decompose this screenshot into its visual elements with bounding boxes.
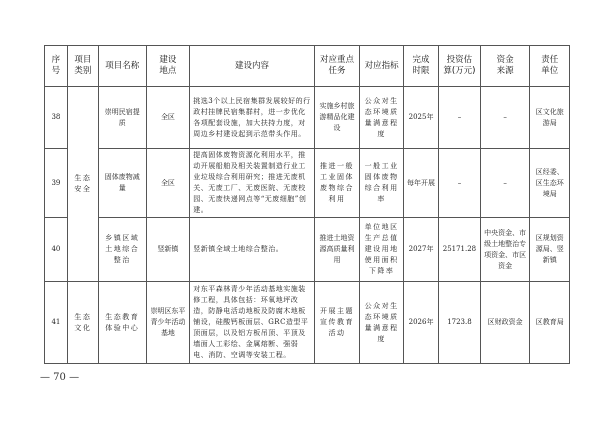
header-seq: 序 号 — [45, 46, 68, 87]
header-funding: 资金 来源 — [480, 46, 530, 87]
header-investment: 投资估 算(万元) — [439, 46, 481, 87]
table-row: 40 乡镇区域土地综合整治 竖新镇 竖新镇全域土地综合整治。 推进土地资源高质量… — [45, 218, 570, 282]
table-row: 38 生态安全 崇明民宿提质 全区 挑选3个以上民宿集群发展较好的行政村挂牌民宿… — [45, 87, 570, 149]
header-name: 项目名称 — [98, 46, 146, 87]
cell-responsible: 区经委、区生态环境局 — [530, 149, 570, 218]
header-task: 对应重点 任务 — [314, 46, 360, 87]
cell-task: 推进土地资源高质量利用 — [314, 218, 360, 282]
cell-indicator: 单位地区生产总值建设用地使用面积下降率 — [360, 218, 404, 282]
cell-content: 对东平森林青少年活动基地实施装修工程，具体包括：环氧地坪改造，防静电活动地板及防… — [190, 282, 315, 364]
cell-funding: 区财政资金 — [480, 282, 530, 364]
cell-location: 竖新镇 — [146, 218, 190, 282]
cell-task: 开展主题宣传教育活动 — [314, 282, 360, 364]
cell-indicator: 公众对生态环境质量满意程度 — [360, 87, 404, 149]
cell-funding: 中央资金、市级土地整治专项资金、市区资金 — [480, 218, 530, 282]
cell-seq: 39 — [45, 149, 68, 218]
cell-content: 提高固体废物资源化利用水平，推动开展船舶及相关装置制造行业工业垃圾综合利用研究；… — [190, 149, 315, 218]
table-header-row: 序 号 项目 类别 项目名称 建设 地点 建设内容 对应重点 任务 对应指标 完… — [45, 46, 570, 87]
cell-funding: – — [480, 87, 530, 149]
cell-content: 挑选3个以上民宿集群发展较好的行政村挂牌民宿集群村，进一步优化各项配套设施，加大… — [190, 87, 315, 149]
cell-funding: – — [480, 149, 530, 218]
header-content: 建设内容 — [190, 46, 315, 87]
cell-name: 乡镇区域土地综合整治 — [98, 218, 146, 282]
project-table: 序 号 项目 类别 项目名称 建设 地点 建设内容 对应重点 任务 对应指标 完… — [44, 45, 570, 364]
cell-investment: – — [439, 149, 481, 218]
cell-investment: 1723.8 — [439, 282, 481, 364]
cell-indicator: 一般工业固体废物综合利用率 — [360, 149, 404, 218]
header-responsible: 责任 单位 — [530, 46, 570, 87]
cell-responsible: 区教育局 — [530, 282, 570, 364]
page-number: — 70 — — [40, 372, 79, 383]
cell-seq: 40 — [45, 218, 68, 282]
cell-investment: – — [439, 87, 481, 149]
cell-seq: 41 — [45, 282, 68, 364]
cell-task: 实施乡村旅游精品化建设 — [314, 87, 360, 149]
cell-responsible: 区规划资源局、竖新镇 — [530, 218, 570, 282]
cell-location: 全区 — [146, 87, 190, 149]
cell-category: 生态安全 — [67, 87, 98, 282]
cell-location: 全区 — [146, 149, 190, 218]
header-indicator: 对应指标 — [360, 46, 404, 87]
cell-name: 崇明民宿提质 — [98, 87, 146, 149]
header-location: 建设 地点 — [146, 46, 190, 87]
table-row: 39 固体废物减量 全区 提高固体废物资源化利用水平，推动开展船舶及相关装置制造… — [45, 149, 570, 218]
cell-investment: 25171.28 — [439, 218, 481, 282]
cell-content: 竖新镇全域土地综合整治。 — [190, 218, 315, 282]
cell-deadline: 2027年 — [403, 218, 438, 282]
header-deadline: 完成 时限 — [403, 46, 438, 87]
cell-deadline: 2026年 — [403, 282, 438, 364]
cell-deadline: 每年开展 — [403, 149, 438, 218]
cell-task: 推进一般工业固体废物综合利用 — [314, 149, 360, 218]
cell-name: 生态教育体验中心 — [98, 282, 146, 364]
cell-responsible: 区文化旅游局 — [530, 87, 570, 149]
header-category: 项目 类别 — [67, 46, 98, 87]
cell-category: 生态文化 — [67, 282, 98, 364]
cell-indicator: 公众对生态环境质量满意程度 — [360, 282, 404, 364]
cell-name: 固体废物减量 — [98, 149, 146, 218]
cell-deadline: 2025年 — [403, 87, 438, 149]
cell-seq: 38 — [45, 87, 68, 149]
table-row: 41 生态文化 生态教育体验中心 崇明区东平青少年活动基地 对东平森林青少年活动… — [45, 282, 570, 364]
cell-location: 崇明区东平青少年活动基地 — [146, 282, 190, 364]
